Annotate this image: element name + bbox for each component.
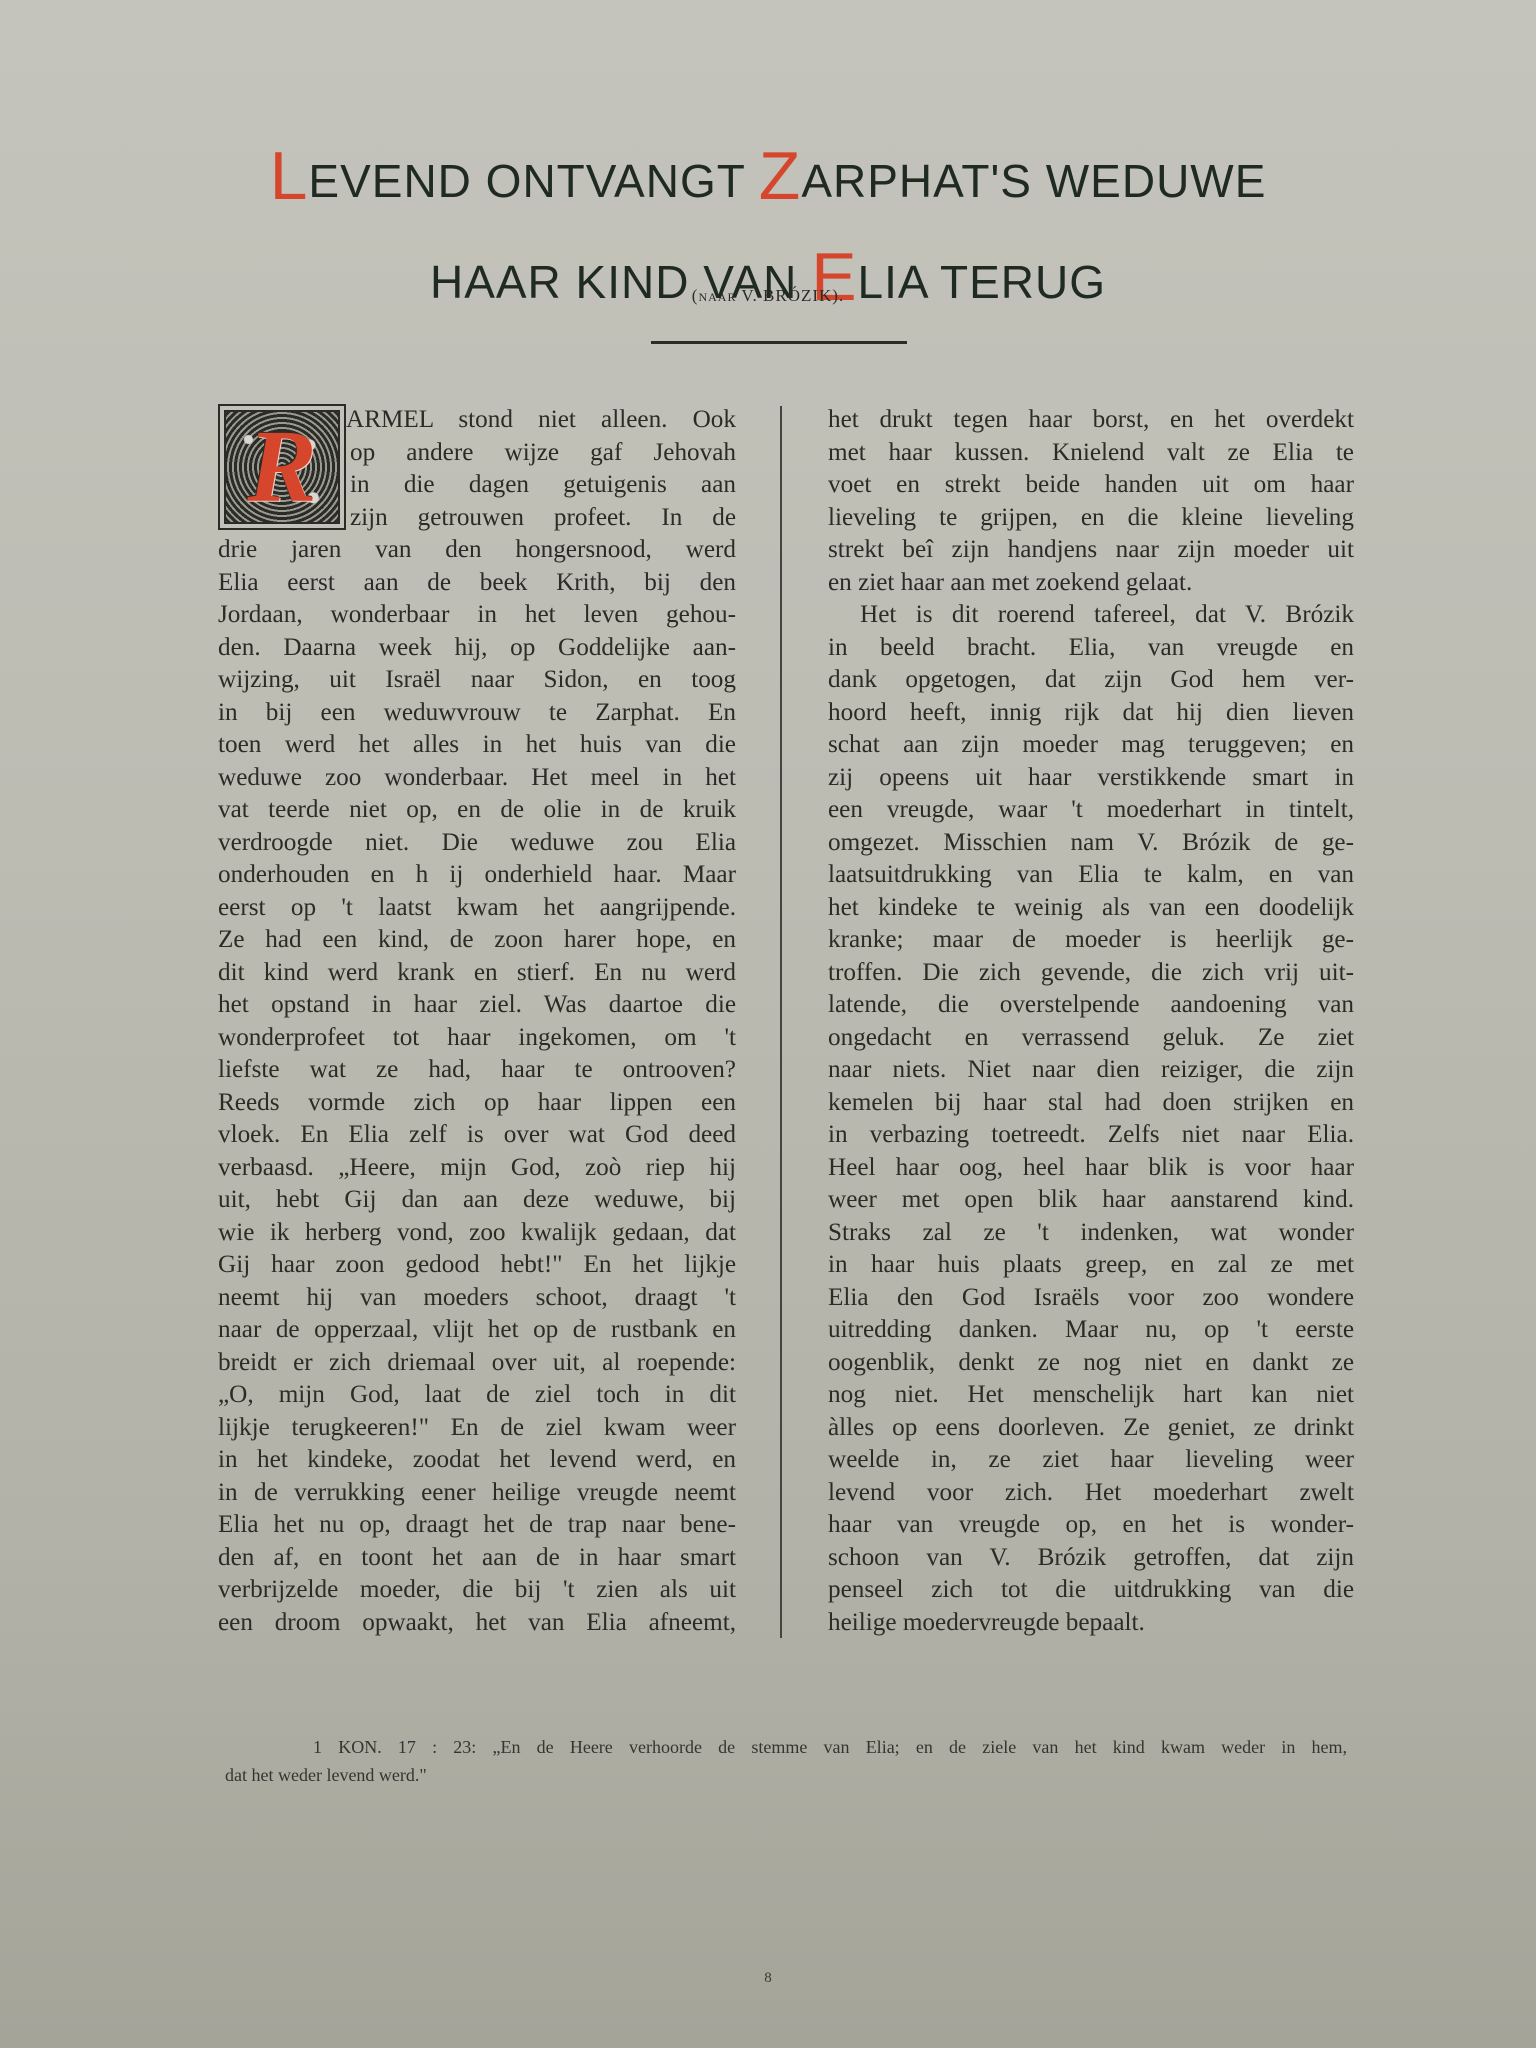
text-line: oogenblik, denkt ze nog niet en dankt ze <box>828 1347 1354 1380</box>
text-line: dit kind werd krank en stierf. En nu wer… <box>218 957 736 990</box>
text-line: en ziet haar aan met zoekend gelaat. <box>828 567 1354 600</box>
text-line: toen werd het alles in het huis van die <box>218 729 736 762</box>
text-line: eerst op 't laatst kwam het aangrijpende… <box>218 892 736 925</box>
text-line: troffen. Die zich gevende, die zich vrij… <box>828 957 1354 990</box>
right-column: het drukt tegen haar borst, en het overd… <box>828 404 1354 1639</box>
text-line: in beeld bracht. Elia, van vreugde en <box>828 632 1354 665</box>
text-line: verbrijzelde moeder, die bij 't zien als… <box>218 1574 736 1607</box>
text-line: latende, die overstelpende aandoening va… <box>828 989 1354 1022</box>
text-line: vloek. En Elia zelf is over wat God deed <box>218 1119 736 1152</box>
text-line: lieveling te grijpen, en die kleine liev… <box>828 502 1354 535</box>
text-line: den af, en toont het aan de in haar smar… <box>218 1542 736 1575</box>
text-line: neemt hij van moeders schoot, draagt 't <box>218 1282 736 1315</box>
text-line: schoon van V. Brózik getroffen, dat zijn <box>828 1542 1354 1575</box>
text-line: wonderprofeet tot haar ingekomen, om 't <box>218 1022 736 1055</box>
text-line: Heel haar oog, heel haar blik is voor ha… <box>828 1152 1354 1185</box>
text-line: in bij een weduwvrouw te Zarphat. En <box>218 697 736 730</box>
text-line: in de verrukking eener heilige vreugde n… <box>218 1477 736 1510</box>
scripture-footnote: 1 KON. 17 : 23: „En de Heere verhoorde d… <box>225 1733 1347 1789</box>
text-line: nog niet. Het menschelijk hart kan niet <box>828 1379 1354 1412</box>
text-line: vat teerde niet op, en de olie in de kru… <box>218 794 736 827</box>
text-line: het drukt tegen haar borst, en het overd… <box>828 404 1354 437</box>
text-line: omgezet. Misschien nam V. Brózik de ge- <box>828 827 1354 860</box>
text-line: wie ik herberg vond, zoo kwalijk gedaan,… <box>218 1217 736 1250</box>
text-line: lijkje terugkeeren!" En de ziel kwam wee… <box>218 1412 736 1445</box>
text-line: liefste wat ze had, haar te ontrooven? <box>218 1054 736 1087</box>
left-column: R ARMEL stond niet alleen. Ook op andere… <box>218 404 736 1639</box>
text-line: penseel zich tot die uitdrukking van die <box>828 1574 1354 1607</box>
book-page: Levend ontvangt Zarphat's weduwe haar ki… <box>0 0 1536 2048</box>
text-line: ongedacht en verrassend geluk. Ze ziet <box>828 1022 1354 1055</box>
text-line: Straks zal ze 't indenken, wat wonder <box>828 1217 1354 1250</box>
text-line: àlles op eens doorleven. Ze geniet, ze d… <box>828 1412 1354 1445</box>
text-line: verbaasd. „Heere, mijn God, zoò riep hij <box>218 1152 736 1185</box>
text-line: Het is dit roerend tafereel, dat V. Bróz… <box>828 599 1354 632</box>
text-line: in het kindeke, zoodat het levend werd, … <box>218 1444 736 1477</box>
text-line: strekt beî zijn handjens naar zijn moede… <box>828 534 1354 567</box>
text-line: den. Daarna week hij, op Goddelijke aan- <box>218 632 736 665</box>
text-line: voet en strekt beide handen uit om haar <box>828 469 1354 502</box>
text-line: zijn getrouwen profeet. In de <box>350 502 736 535</box>
text-line: schat aan zijn moeder mag teruggeven; en <box>828 729 1354 762</box>
text-line: in verbazing toetreedt. Zelfs niet naar … <box>828 1119 1354 1152</box>
text-line: drie jaren van den hongersnood, werd <box>218 534 736 567</box>
text-line: naar de opperzaal, vlijt het op de rustb… <box>218 1314 736 1347</box>
text-line: Elia eerst aan de beek Krith, bij den <box>218 567 736 600</box>
text-line: Gij haar zoon gedood hebt!" En het lijkj… <box>218 1249 736 1282</box>
text-line: uit, hebt Gij dan aan deze weduwe, bij <box>218 1184 736 1217</box>
text-line: kemelen bij haar stal had doen strijken … <box>828 1087 1354 1120</box>
text-line: weelde in, ze ziet haar lieveling weer <box>828 1444 1354 1477</box>
text-line: levend voor zich. Het moederhart zwelt <box>828 1477 1354 1510</box>
ornamental-initial-icon: R <box>218 404 346 530</box>
title-line-2: haar kind van Elia terug <box>0 229 1536 330</box>
text-line: naar niets. Niet naar dien reiziger, die… <box>828 1054 1354 1087</box>
text-line: zij opeens uit haar verstikkende smart i… <box>828 762 1354 795</box>
page-number: 8 <box>0 1970 1536 1987</box>
text-line: ARMEL stond niet alleen. Ook <box>346 404 736 437</box>
text-line: hoord heeft, innig rijk dat hij dien lie… <box>828 697 1354 730</box>
text-line: uitredding danken. Maar nu, op 't eerste <box>828 1314 1354 1347</box>
dropcap-lines: ARMEL stond niet alleen. Ook op andere w… <box>350 404 736 534</box>
text-line: laatsuitdrukking van Elia te kalm, en va… <box>828 859 1354 892</box>
text-line: heilige moedervreugde bepaalt. <box>828 1607 1354 1640</box>
title-initial-l: L <box>270 138 309 214</box>
subtitle-attribution: (NAAR V. BRÓZIK). <box>0 286 1536 306</box>
footnote-line-1: 1 KON. 17 : 23: „En de Heere verhoorde d… <box>225 1733 1347 1761</box>
text-line: Jordaan, wonderbaar in het leven gehou- <box>218 599 736 632</box>
title-rule-divider <box>651 341 907 344</box>
text-line: kranke; maar de moeder is heerlijk ge- <box>828 924 1354 957</box>
text-line: op andere wijze gaf Jehovah <box>350 437 736 470</box>
text-line: „O, mijn God, laat de ziel toch in dit <box>218 1379 736 1412</box>
text-line: weduwe zoo wonderbaar. Het meel in het <box>218 762 736 795</box>
text-line: in die dagen getuigenis aan <box>350 469 736 502</box>
footnote-line-2: dat het weder levend werd." <box>225 1761 1347 1789</box>
text-line: verdroogde niet. Die weduwe zou Elia <box>218 827 736 860</box>
text-line: dank opgetogen, dat zijn God hem ver- <box>828 664 1354 697</box>
text-line: in haar huis plaats greep, en zal ze met <box>828 1249 1354 1282</box>
text-line: een droom opwaakt, het van Elia afneemt, <box>218 1607 736 1640</box>
text-line: Elia den God Israëls voor zoo wondere <box>828 1282 1354 1315</box>
text-line: een vreugde, waar 't moederhart in tinte… <box>828 794 1354 827</box>
dropcap-block: R ARMEL stond niet alleen. Ook op andere… <box>218 404 736 534</box>
title-line-1: Levend ontvangt Zarphat's weduwe <box>0 128 1536 229</box>
text-line: het kindeke te weinig als van een doodel… <box>828 892 1354 925</box>
text-line: met haar kussen. Knielend valt ze Elia t… <box>828 437 1354 470</box>
text-line: breidt er zich driemaal over uit, al roe… <box>218 1347 736 1380</box>
column-divider <box>780 406 782 1638</box>
text-line: wijzing, uit Israël naar Sidon, en toog <box>218 664 736 697</box>
title-initial-z: Z <box>759 138 802 214</box>
text-line: Ze had een kind, de zoon harer hope, en <box>218 924 736 957</box>
text-line: onderhouden en h ij onderhield haar. Maa… <box>218 859 736 892</box>
dropcap-letter: R <box>247 415 316 519</box>
text-line: weer met open blik haar aanstarend kind. <box>828 1184 1354 1217</box>
paragraph-2: Het is dit roerend tafereel, dat V. Bróz… <box>828 599 1354 1639</box>
paragraph-1: het drukt tegen haar borst, en het overd… <box>828 404 1354 599</box>
text-line: het opstand in haar ziel. Was daartoe di… <box>218 989 736 1022</box>
text-line: Reeds vormde zich op haar lippen een <box>218 1087 736 1120</box>
left-column-body: drie jaren van den hongersnood, werdElia… <box>218 534 736 1639</box>
text-line: haar van vreugde op, en het is wonder- <box>828 1509 1354 1542</box>
text-line: Elia het nu op, draagt het de trap naar … <box>218 1509 736 1542</box>
